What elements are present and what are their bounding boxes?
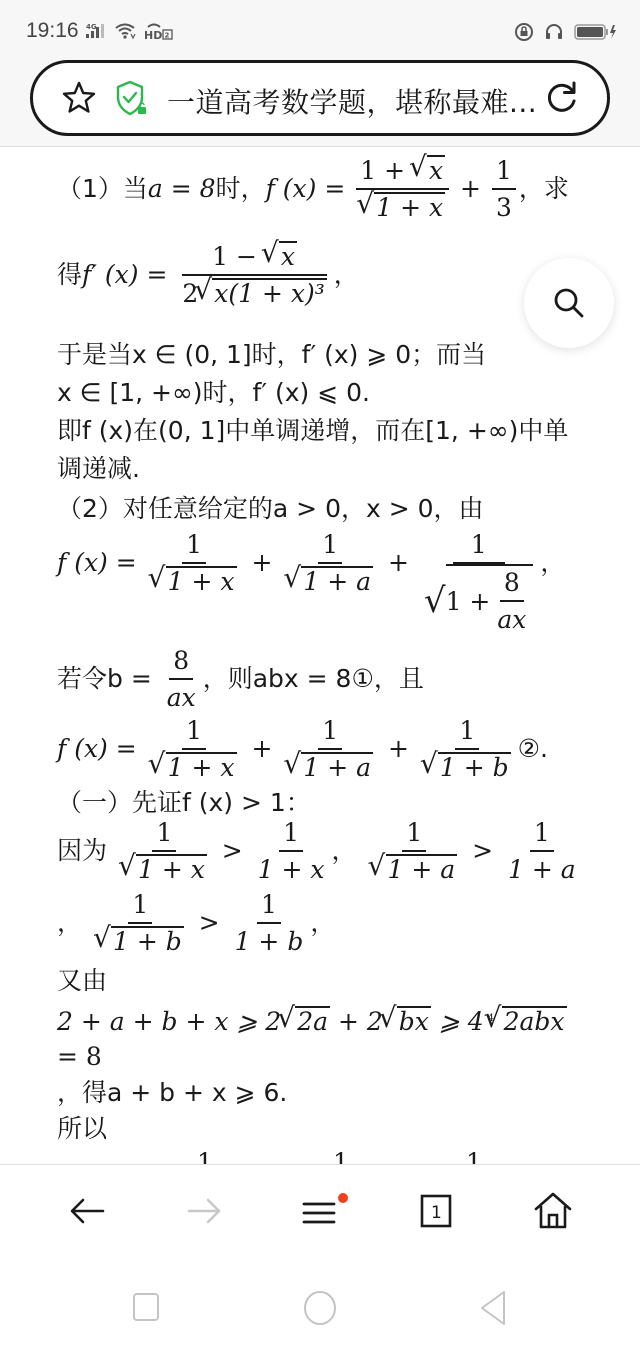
notification-dot bbox=[338, 1193, 348, 1203]
math-line-p2-f: f (x) = 1 1 + x + 1 1 + a + 1 √1 + 8ax ， bbox=[57, 528, 565, 638]
menu-icon bbox=[300, 1191, 350, 1231]
fraction: 1 1 + x bbox=[118, 816, 211, 888]
numerator-text: 8 bbox=[169, 644, 193, 680]
browser-toolbar: 1 bbox=[0, 1164, 640, 1254]
math-line-p2-let: 若令b = 8 ax ，则abx = 8①，且 bbox=[57, 644, 424, 716]
text-line-p1-cond2: x ∈ [1, +∞)时，f′ (x) ⩽ 0. bbox=[57, 378, 370, 408]
denominator-text: 3 bbox=[492, 190, 516, 226]
numerator-text: 1 bbox=[257, 888, 281, 924]
numerator-text: 1 bbox=[455, 714, 479, 750]
sqrt-x: x bbox=[279, 241, 297, 271]
headphones-icon bbox=[544, 22, 564, 46]
fraction: 1 1 + b bbox=[420, 714, 515, 786]
home-button[interactable] bbox=[533, 1191, 573, 1231]
numerator-text: 1 bbox=[530, 816, 554, 852]
math-segment: f′ (x) = bbox=[82, 260, 167, 289]
status-icons-right bbox=[514, 22, 618, 46]
numerator-text: 1 − bbox=[212, 242, 265, 271]
math-segment: 2 + a + b + x ⩾ 2 bbox=[57, 1007, 281, 1036]
fraction: 1 1 + x bbox=[148, 528, 241, 600]
fraction: 1 1 + a bbox=[368, 816, 462, 888]
plus-sign: + bbox=[251, 734, 272, 763]
text-segment: ， bbox=[310, 908, 335, 937]
system-home-button[interactable] bbox=[303, 1290, 337, 1330]
sqrt-bx: bx bbox=[397, 1006, 431, 1036]
sqrt-denominator: 1 + a bbox=[301, 752, 373, 782]
math-line-p2-f2: f (x) = 1 1 + x + 1 1 + a + 1 1 + b ②. bbox=[57, 714, 548, 786]
numerator-text: 1 bbox=[279, 816, 303, 852]
floating-search-button[interactable] bbox=[524, 258, 614, 348]
fraction: 1 1 + a bbox=[283, 714, 377, 786]
fraction: 1 3 bbox=[492, 154, 516, 226]
sqrt-denominator: 1 + a bbox=[301, 566, 373, 596]
denominator-text: 1 + x bbox=[254, 852, 329, 888]
text-segment: ，求 bbox=[519, 174, 569, 203]
numerator-text: 8 bbox=[500, 566, 524, 602]
security-shield-icon[interactable] bbox=[115, 80, 149, 118]
text-segment: ， bbox=[57, 908, 82, 937]
text-line-p1-mono1: 即f (x)在(0, 1]中单调递增，而在[1, +∞)中单 bbox=[57, 416, 568, 446]
signal-icon: 4G bbox=[86, 22, 108, 42]
text-segment: （1）当 bbox=[57, 174, 148, 203]
sqrt-denominator: 1 + x bbox=[166, 752, 237, 782]
text-segment: 得 bbox=[57, 260, 82, 289]
sqrt-2abx: 2abx bbox=[502, 1006, 567, 1036]
text-segment: ， bbox=[540, 548, 565, 577]
plus-sign: + bbox=[388, 734, 409, 763]
gt-sign: > bbox=[472, 836, 493, 865]
math-segment: + 2 bbox=[330, 1007, 383, 1036]
page-title[interactable]: 一道高考数学题，堪称最难... bbox=[167, 81, 537, 121]
plus-sign: + bbox=[460, 174, 481, 203]
math-segment: f (x) = bbox=[266, 174, 346, 203]
hd-call-icon: HD2 bbox=[144, 22, 174, 42]
text-segment: 时， bbox=[216, 174, 266, 203]
browser-header: 19:16 4G HD2 bbox=[0, 0, 640, 147]
numerator-text: 1 bbox=[182, 714, 206, 750]
denominator-text: ax bbox=[163, 680, 200, 716]
sqrt-denominator: 1 + x bbox=[374, 192, 445, 222]
text-segment: ②. bbox=[518, 734, 548, 763]
text-segment: 若令b = bbox=[57, 664, 152, 693]
math-segment: ⩾ 4 bbox=[431, 1007, 484, 1036]
numerator-text: 1 + bbox=[360, 156, 413, 185]
status-time: 19:16 bbox=[26, 19, 79, 43]
back-triangle-icon bbox=[478, 1289, 508, 1327]
math-segment: f (x) = bbox=[57, 734, 137, 763]
sqrt-denominator: 1 + x bbox=[166, 566, 237, 596]
svg-text:HD: HD bbox=[144, 29, 162, 40]
address-bar[interactable]: 一道高考数学题，堪称最难... bbox=[30, 60, 610, 136]
partial-numerator: 1 bbox=[466, 1148, 482, 1164]
text-segment: ，则abx = 8①，且 bbox=[203, 664, 424, 693]
gt-sign: > bbox=[199, 908, 220, 937]
back-button[interactable] bbox=[68, 1191, 108, 1231]
status-icons-left: 4G HD2 bbox=[86, 22, 174, 42]
tabs-button[interactable]: 1 bbox=[417, 1191, 457, 1231]
text-segment: 因为 bbox=[57, 836, 107, 865]
forward-button[interactable] bbox=[184, 1191, 224, 1231]
sqrt-denominator: x(1 + x)³ bbox=[212, 278, 326, 308]
sqrt-2a: 2a bbox=[295, 1006, 330, 1036]
recents-icon bbox=[132, 1292, 160, 1322]
text-line-p2-intro: （2）对任意给定的a > 0，x > 0，由 bbox=[57, 494, 484, 524]
fraction: 1 1 + x bbox=[148, 714, 241, 786]
plus-sign: + bbox=[251, 548, 272, 577]
bookmark-star-icon[interactable] bbox=[61, 80, 97, 116]
sqrt-denominator: 1 + b bbox=[438, 752, 511, 782]
denominator-text: 1 + a bbox=[504, 852, 580, 888]
numerator-text: 1 bbox=[182, 528, 206, 564]
text-line-p2-get: ，得a + b + x ⩾ 6. bbox=[57, 1078, 287, 1108]
plus-sign: + bbox=[388, 548, 409, 577]
partial-numerator: 1 bbox=[197, 1148, 213, 1164]
text-segment: ， bbox=[334, 260, 359, 289]
sqrt-symbol: √ bbox=[424, 583, 446, 619]
numerator-text: 1 bbox=[318, 528, 342, 564]
denominator-text: 1 + x bbox=[376, 193, 443, 222]
fraction: 1 1 + a bbox=[283, 528, 377, 600]
home-circle-icon bbox=[303, 1290, 337, 1326]
math-line-p2-inequality: 2 + a + b + x ⩾ 22a + 2bx ⩾ 442abx bbox=[57, 1006, 567, 1037]
numerator-text: 1 bbox=[492, 154, 516, 190]
math-line-p2-eq8: = 8 bbox=[57, 1042, 102, 1072]
math-line-p1-derivative: 得f′ (x) = 1 − x 2x(1 + x)³ ， bbox=[57, 240, 359, 312]
math-line-p2-because2: ， 1 1 + b > 1 1 + b ， bbox=[57, 888, 335, 960]
battery-charging-icon bbox=[574, 22, 618, 46]
text-line-p2-step1: （一）先证f (x) > 1： bbox=[57, 788, 311, 818]
numerator-text: 1 bbox=[402, 816, 426, 852]
text-segment: ， bbox=[332, 836, 357, 865]
text-line-p1-mono2: 调递减. bbox=[57, 454, 140, 484]
svg-text:4G: 4G bbox=[86, 23, 97, 31]
text-line-p1-cond1: 于是当x ∈ (0, 1]时，f′ (x) ⩾ 0；而当 bbox=[57, 340, 486, 370]
sqrt-denominator: 1 + a bbox=[386, 854, 458, 884]
math-segment: f (x) = bbox=[57, 548, 137, 577]
back-icon bbox=[68, 1191, 108, 1231]
numerator-text: 1 bbox=[152, 816, 176, 852]
math-segment: a = 8 bbox=[148, 174, 216, 203]
svg-text:1: 1 bbox=[431, 1203, 442, 1223]
numerator-text: 1 bbox=[128, 888, 152, 924]
math-line-p2-because1: 因为 1 1 + x > 1 1 + x ， 1 1 + a > 1 1 + a bbox=[57, 816, 583, 888]
home-icon bbox=[533, 1191, 573, 1231]
status-bar: 19:16 4G HD2 bbox=[0, 0, 640, 60]
recents-button[interactable] bbox=[132, 1292, 160, 1326]
forward-icon bbox=[184, 1191, 224, 1231]
fourth-root: 42abx bbox=[488, 1006, 567, 1037]
gt-sign: > bbox=[222, 836, 243, 865]
inner-fraction: 8ax bbox=[493, 566, 530, 638]
fraction: 1 + x 1 + x bbox=[356, 154, 449, 226]
tabs-icon: 1 bbox=[417, 1191, 457, 1231]
fraction: 1 1 + b bbox=[231, 888, 308, 960]
sqrt-x: x bbox=[427, 155, 445, 185]
denominator-text: ax bbox=[493, 602, 530, 638]
search-icon bbox=[552, 286, 586, 320]
sqrt-denominator: 1 + b bbox=[111, 926, 184, 956]
rotation-lock-icon bbox=[514, 22, 534, 46]
system-navigation-bar bbox=[0, 1254, 640, 1351]
sqrt-denominator: 1 + x bbox=[136, 854, 207, 884]
fraction: 8 ax bbox=[163, 644, 200, 716]
fraction: 1 − x 2x(1 + x)³ bbox=[178, 240, 330, 312]
svg-text:2: 2 bbox=[165, 32, 170, 40]
math-line-p1-intro: （1）当a = 8时，f (x) = 1 + x 1 + x + 1 3 ，求 bbox=[57, 154, 569, 226]
text-line-p2-so: 所以 bbox=[57, 1114, 107, 1144]
fraction: 1 1 + a bbox=[504, 816, 580, 888]
fraction: 1 1 + x bbox=[254, 816, 329, 888]
numerator-text: 1 bbox=[453, 528, 505, 564]
fraction: 1 1 + b bbox=[93, 888, 188, 960]
text-line-p2-also: 又由 bbox=[57, 966, 107, 996]
partial-numerator: 1 bbox=[333, 1148, 349, 1164]
denominator-text: 1 + b bbox=[231, 924, 308, 960]
sqrt-text: 1 + bbox=[446, 584, 491, 620]
reload-icon[interactable] bbox=[543, 79, 581, 117]
wifi-icon bbox=[114, 22, 138, 42]
numerator-text: 1 bbox=[318, 714, 342, 750]
system-back-button[interactable] bbox=[478, 1289, 508, 1331]
menu-button[interactable] bbox=[300, 1191, 350, 1231]
fraction: 1 √1 + 8ax bbox=[420, 528, 538, 638]
